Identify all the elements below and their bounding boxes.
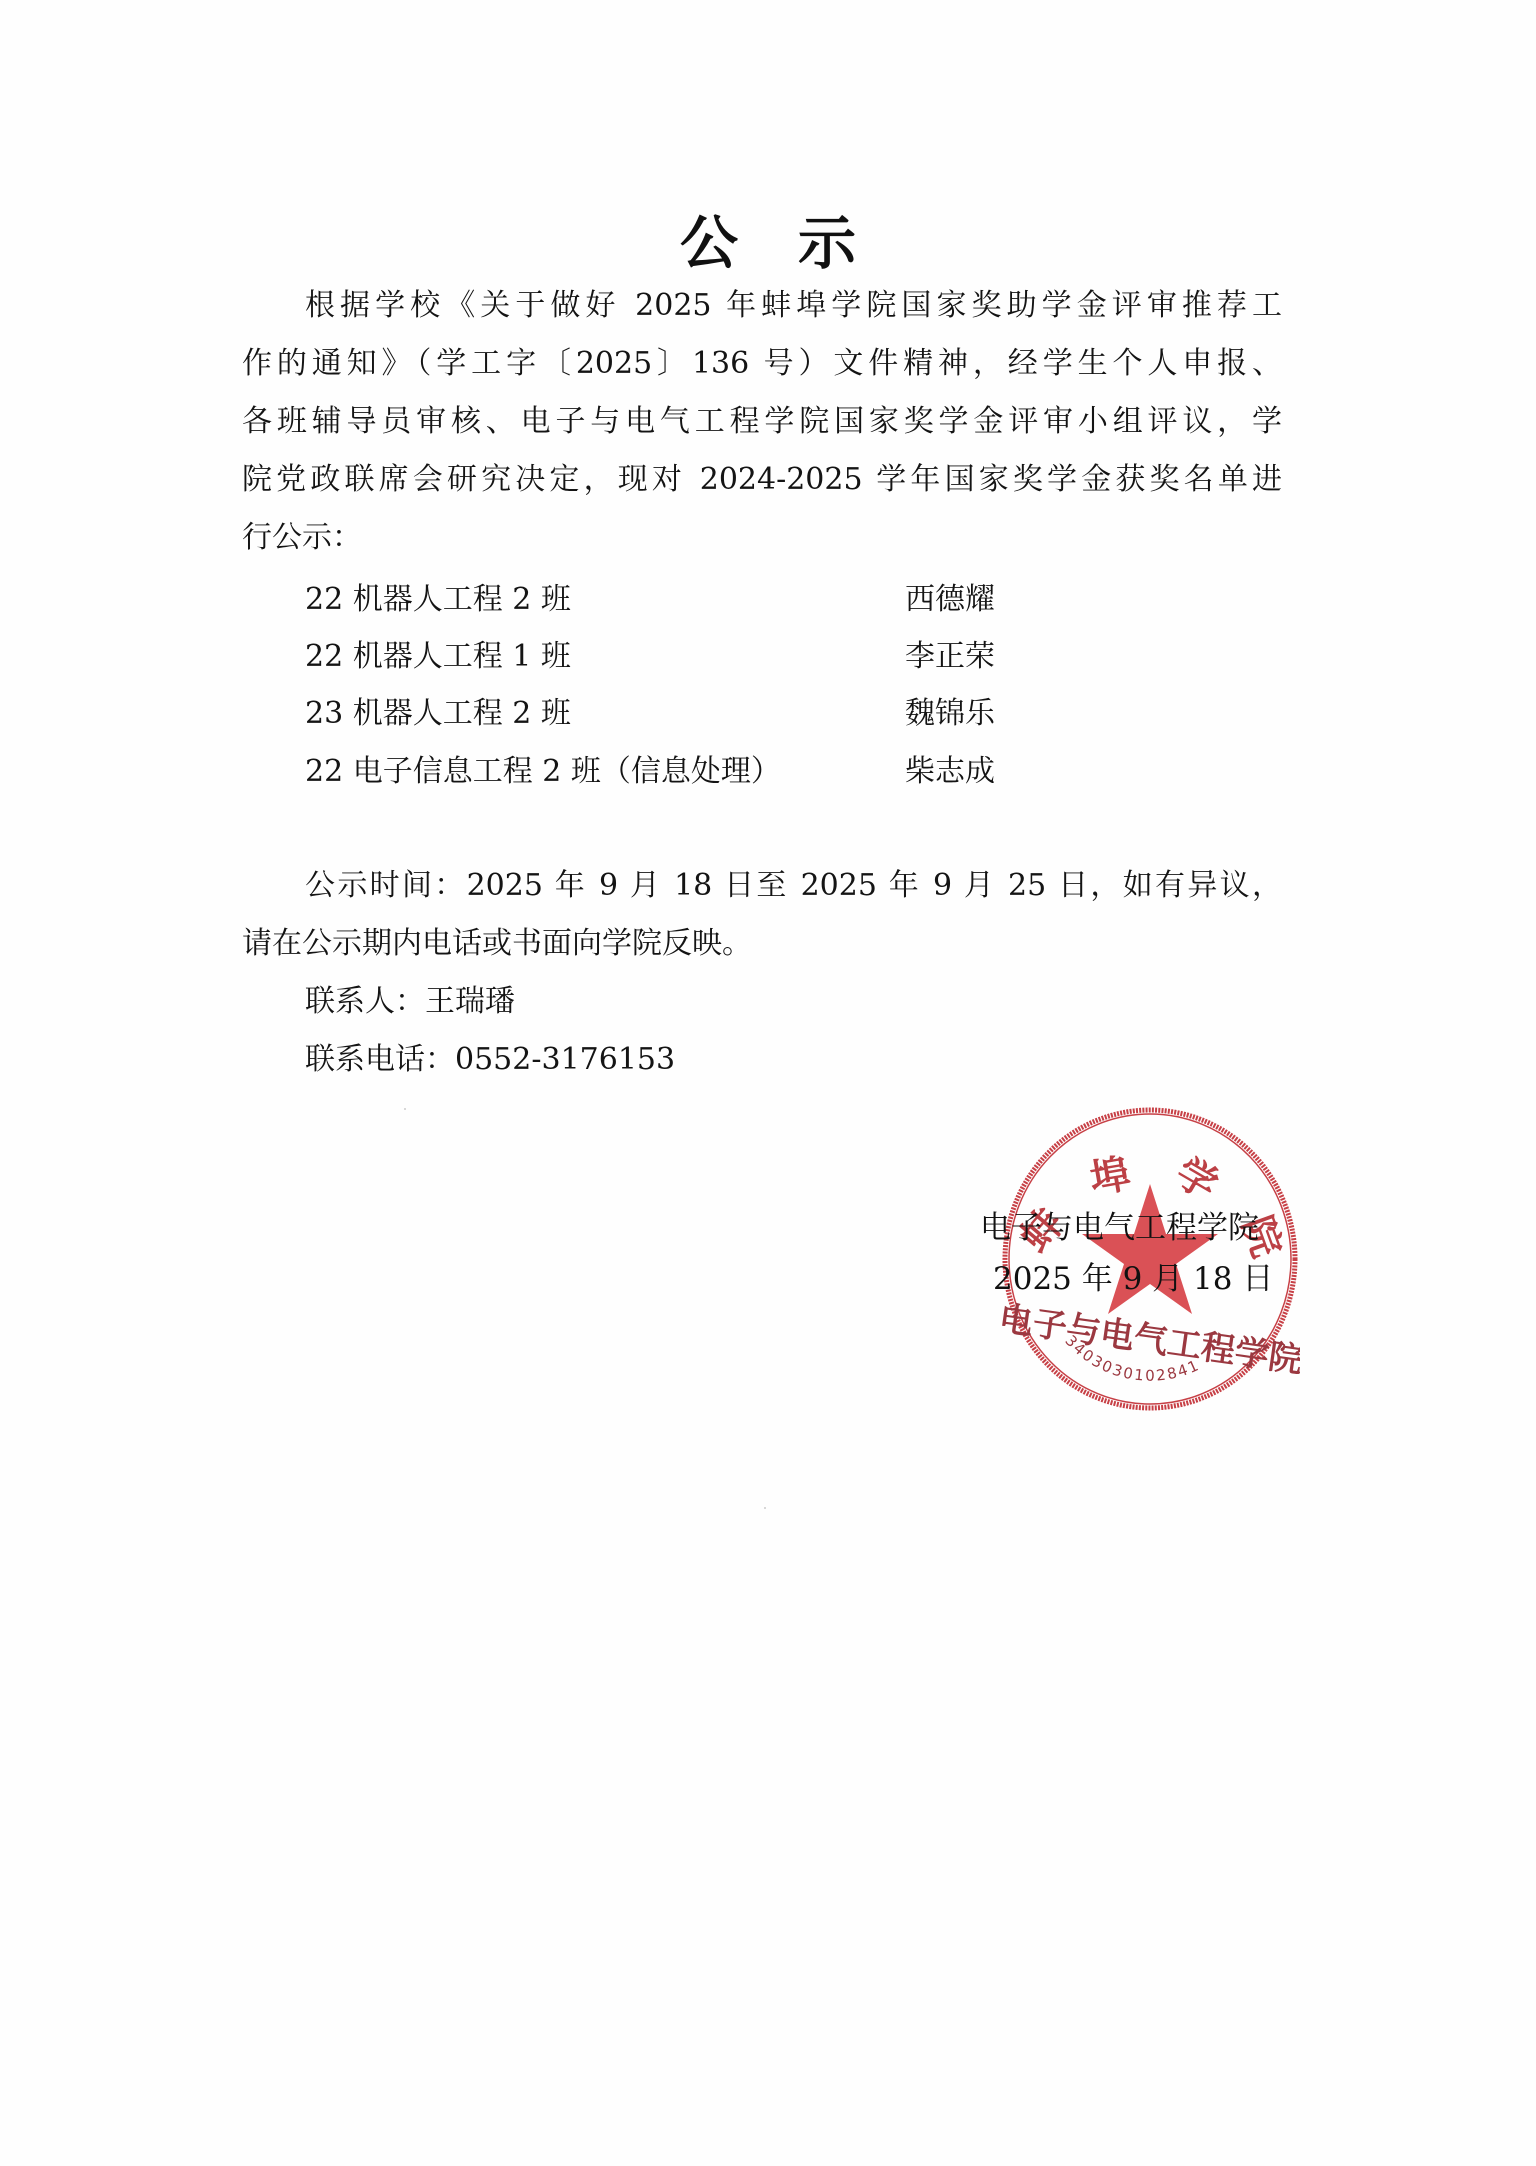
student-name: 魏锦乐	[905, 694, 995, 734]
paragraph-line: 各班辅导员审核、电子与电气工程学院国家奖学金评审小组评议，学	[242, 402, 1282, 442]
signature-organization: 电子与电气工程学院	[980, 1208, 1259, 1248]
class-name: 22 机器人工程 1 班	[305, 637, 571, 677]
page-title: 公示	[0, 196, 1536, 280]
scan-speck	[404, 1108, 406, 1110]
signature-date: 2025 年 9 月 18 日	[993, 1259, 1273, 1299]
contact-person: 联系人：王瑞璠	[305, 982, 515, 1022]
paragraph-line: 行公示：	[242, 518, 1282, 558]
contact-phone: 联系电话：0552-3176153	[305, 1040, 675, 1080]
paragraph-line: 公示时间：2025 年 9 月 18 日至 2025 年 9 月 25 日，如有…	[305, 866, 1282, 906]
document-page: 公示 根据学校《关于做好 2025 年蚌埠学院国家奖助学金评审推荐工 作的通知》…	[0, 0, 1536, 2166]
paragraph-line: 院党政联席会研究决定，现对 2024-2025 学年国家奖学金获奖名单进	[242, 460, 1282, 500]
student-name: 西德耀	[905, 580, 995, 620]
student-name: 柴志成	[905, 752, 995, 792]
paragraph-line: 根据学校《关于做好 2025 年蚌埠学院国家奖助学金评审推荐工	[305, 286, 1282, 326]
class-name: 22 机器人工程 2 班	[305, 580, 571, 620]
paragraph-line: 作的通知》（学工字〔2025〕136 号）文件精神，经学生个人申报、	[242, 344, 1282, 384]
student-name: 李正荣	[905, 637, 995, 677]
scan-speck	[764, 1507, 766, 1509]
class-name: 22 电子信息工程 2 班（信息处理）	[305, 752, 781, 792]
paragraph-line: 请在公示期内电话或书面向学院反映。	[242, 924, 1282, 964]
class-name: 23 机器人工程 2 班	[305, 694, 571, 734]
